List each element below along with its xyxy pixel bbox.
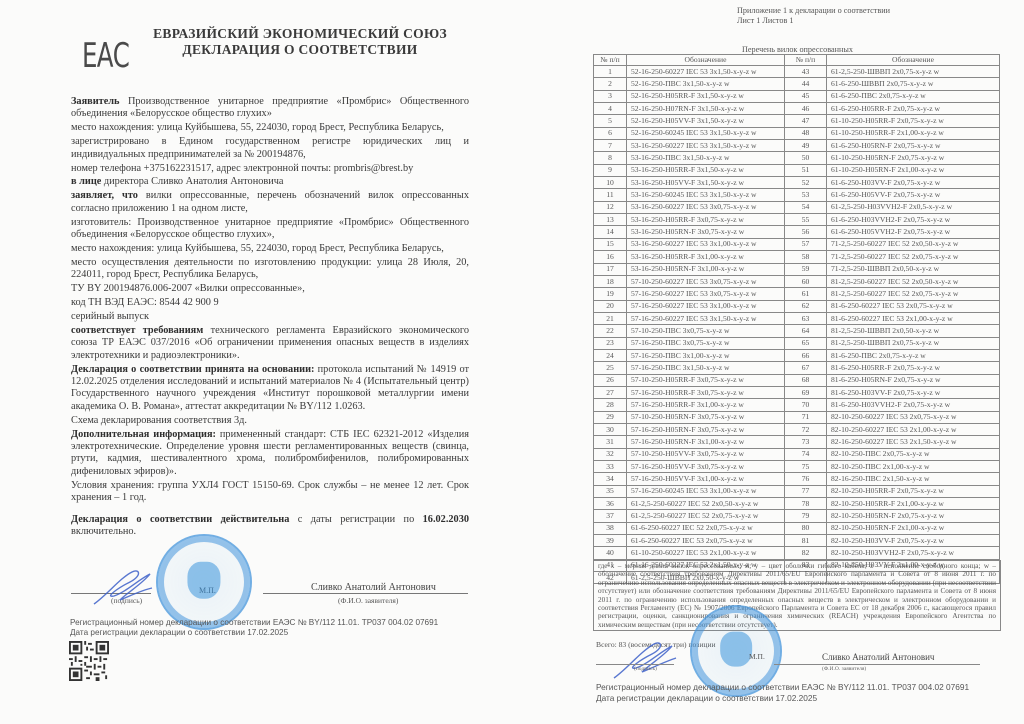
production-location: место осуществления деятельности по изго… [71, 257, 469, 282]
row-number: 64 [785, 325, 827, 337]
table-row: 3057-16-250-H05RN-F 3x0,75-x-y-z w7282-1… [594, 423, 1000, 435]
row-number: 27 [594, 386, 627, 398]
row-designation: 82-10-250-ПВС 2x0,75-x-y-z w [827, 448, 1000, 460]
row-number: 11 [594, 189, 627, 201]
row-designation: 52-16-250-H05RR-F 3x1,50-x-y-z w [627, 90, 785, 102]
signer-name: Сливко Анатолий Антонович [311, 582, 436, 593]
row-number: 32 [594, 448, 627, 460]
row-designation: 81-6-250-H05RN-F 2x0,75-x-y-z w [827, 374, 1000, 386]
row-designation: 53-16-250-60227 IEC 53 3x0,75-x-y-z w [627, 201, 785, 213]
storage-conditions: Условия хранения: группа УХЛ4 ГОСТ 15150… [71, 480, 469, 505]
row-number: 13 [594, 214, 627, 226]
header-number-2: № п/п [785, 55, 827, 66]
registration-number: Регистрационный номер декларации о соотв… [70, 618, 490, 628]
row-designation: 82-10-250-H03VV-F 2x0,75-x-y-z w [827, 535, 1000, 547]
row-number: 44 [785, 78, 827, 90]
table-row: 1253-16-250-60227 IEC 53 3x0,75-x-y-z w5… [594, 201, 1000, 213]
signer-caption: (Ф.И.О. заявителя) [338, 596, 398, 605]
row-number: 17 [594, 263, 627, 275]
row-designation: 57-16-250-H05RN-F 3x1,00-x-y-z w [627, 436, 785, 448]
row-number: 3 [594, 90, 627, 102]
table-row: 1353-16-250-H05RR-F 3x0,75-x-y-z w5561-6… [594, 214, 1000, 226]
table-row: 3257-10-250-H05VV-F 3x0,75-x-y-z w7482-1… [594, 448, 1000, 460]
row-designation: 52-16-250-H05VV-F 3x1,50-x-y-z w [627, 115, 785, 127]
row-designation: 57-16-250-60245 IEC 53 3x1,00-x-y-z w [627, 485, 785, 497]
table-caption: Перечень вилок опрессованных [595, 45, 1000, 54]
row-number: 43 [785, 66, 827, 78]
row-number: 7 [594, 140, 627, 152]
row-designation: 61-2,5-250-ШВВП 2x0,75-x-y-z w [827, 66, 1000, 78]
row-number: 56 [785, 226, 827, 238]
table-row: 2057-16-250-60227 IEC 53 3x1,00-x-y-z w6… [594, 300, 1000, 312]
registration-info: зарегистрировано в Едином государственно… [71, 136, 469, 161]
row-number: 23 [594, 337, 627, 349]
row-number: 71 [785, 411, 827, 423]
row-number: 28 [594, 399, 627, 411]
row-number: 38 [594, 522, 627, 534]
declaration-scheme: Схема декларирования соответствия 3д. [71, 415, 469, 427]
row-number: 61 [785, 288, 827, 300]
handwritten-signature [90, 568, 160, 608]
declaration-page: ЕАС ЕВРАЗИЙСКИЙ ЭКОНОМИЧЕСКИЙ СОЮЗ ДЕКЛА… [0, 0, 512, 724]
row-number: 53 [785, 189, 827, 201]
row-number: 15 [594, 238, 627, 250]
row-designation: 57-16-250-H05VV-F 3x0,75-x-y-z w [627, 461, 785, 473]
table-row: 3961-6-250-60227 IEC 53 2x0,75-x-y-z w81… [594, 535, 1000, 547]
row-number: 74 [785, 448, 827, 460]
table-row: 3661-2,5-250-60227 IEC 52 2x0,50-x-y-z w… [594, 498, 1000, 510]
row-number: 1 [594, 66, 627, 78]
row-designation: 82-16-250-60227 IEC 53 2x1,50-x-y-z w [827, 436, 1000, 448]
table-row: 3861-6-250-60227 IEC 52 2x0,75-x-y-z w80… [594, 522, 1000, 534]
row-designation: 61-6-250-H03VVH2-F 2x0,75-x-y-z w [827, 214, 1000, 226]
row-designation: 82-10-250-H05RN-F 2x1,00-x-y-z w [827, 522, 1000, 534]
row-number: 59 [785, 263, 827, 275]
hs-code: код ТН ВЭД ЕАЭС: 8544 42 900 9 [71, 297, 469, 309]
row-designation: 61-10-250-H05RR-F 2x0,75-x-y-z w [827, 115, 1000, 127]
table-row: 1553-16-250-60227 IEC 53 3x1,00-x-y-z w5… [594, 238, 1000, 250]
table-row: 1857-10-250-60227 IEC 53 3x0,75-x-y-z w6… [594, 275, 1000, 287]
name-line [774, 664, 980, 665]
signer-name: Сливко Анатолий Антонович [822, 652, 934, 662]
row-designation: 61-10-250-60227 IEC 53 2x1,00-x-y-z w [627, 547, 785, 559]
table-row: 753-16-250-60227 IEC 53 3x1,50-x-y-z w49… [594, 140, 1000, 152]
row-designation: 57-10-250-60227 IEC 53 3x0,75-x-y-z w [627, 275, 785, 287]
registration-block: Регистрационный номер декларации о соотв… [596, 682, 1016, 703]
table-row: 1053-16-250-H05VV-F 3x1,50-x-y-z w5261-6… [594, 177, 1000, 189]
row-designation: 53-16-250-60227 IEC 53 3x1,00-x-y-z w [627, 238, 785, 250]
declaration-basis: Декларация о соответствии принята на осн… [71, 364, 469, 414]
row-number: 45 [785, 90, 827, 102]
signature-line [596, 664, 674, 665]
row-designation: 61-2,5-250-60227 IEC 52 2x0,75-x-y-z w [627, 510, 785, 522]
row-designation: 82-10-250-H03VVH2-F 2x0,75-x-y-z w [827, 547, 1000, 559]
row-designation: 71-2,5-250-60227 IEC 52 2x0,50-x-y-z w [827, 238, 1000, 250]
conformity-statement: соответствует требованиям технического р… [71, 325, 469, 362]
row-designation: 81-6-250-H03VVH2-F 2x0,75-x-y-z w [827, 399, 1000, 411]
row-designation: 82-10-250-H05RR-F 2x0,75-x-y-z w [827, 485, 1000, 497]
row-designation: 82-10-250-H05RR-F 2x1,00-x-y-z w [827, 498, 1000, 510]
table-row: 2657-10-250-H05RR-F 3x0,75-x-y-z w6881-6… [594, 374, 1000, 386]
row-designation: 61-6-250-H05RN-F 2x0,75-x-y-z w [827, 140, 1000, 152]
row-number: 40 [594, 547, 627, 559]
row-designation: 81-2,5-250-60227 IEC 52 2x0,75-x-y-z w [827, 288, 1000, 300]
row-designation: 57-16-250-ПВС 3x0,75-x-y-z w [627, 337, 785, 349]
table-row: 2757-16-250-H05RR-F 3x0,75-x-y-z w6981-6… [594, 386, 1000, 398]
row-designation: 82-10-250-H05RN-F 2x0,75-x-y-z w [827, 510, 1000, 522]
table-row: 1153-16-250-60245 IEC 53 3x1,50-x-y-z w5… [594, 189, 1000, 201]
table-row: 853-16-250-ПВС 3x1,50-x-y-z w5061-10-250… [594, 152, 1000, 164]
validity: Декларация о соответствии действительна … [71, 514, 469, 539]
row-number: 9 [594, 164, 627, 176]
row-designation: 57-16-250-60227 IEC 53 3x0,75-x-y-z w [627, 288, 785, 300]
table-footnote: где x – мерная длина вилок опрессованных… [593, 560, 1001, 631]
title-declaration: ДЕКЛАРАЦИЯ О СООТВЕТСТВИИ [120, 42, 480, 58]
row-designation: 53-16-250-60227 IEC 53 3x1,50-x-y-z w [627, 140, 785, 152]
row-designation: 61-10-250-H05RR-F 2x1,00-x-y-z w [827, 127, 1000, 139]
hand-emblem-icon [187, 562, 220, 599]
row-number: 68 [785, 374, 827, 386]
registration-block: Регистрационный номер декларации о соотв… [70, 618, 490, 638]
row-designation: 53-16-250-H05RN-F 3x1,00-x-y-z w [627, 263, 785, 275]
table-row: 3557-16-250-60245 IEC 53 3x1,00-x-y-z w7… [594, 485, 1000, 497]
row-number: 70 [785, 399, 827, 411]
table-row: 2357-16-250-ПВС 3x0,75-x-y-z w6581-2,5-2… [594, 337, 1000, 349]
additional-info: Дополнительная информация: примененный с… [71, 429, 469, 479]
table-row: 2957-10-250-H05RN-F 3x0,75-x-y-z w7182-1… [594, 411, 1000, 423]
row-number: 37 [594, 510, 627, 522]
row-number: 66 [785, 349, 827, 361]
row-designation: 81-2,5-250-ШВВП 2x0,50-x-y-z w [827, 325, 1000, 337]
row-designation: 53-16-250-H05RR-F 3x1,50-x-y-z w [627, 164, 785, 176]
manufacturer-location: место нахождения: улица Куйбышева, 55, 2… [71, 243, 469, 255]
row-number: 5 [594, 115, 627, 127]
declaration-body: Заявитель Производственное унитарное пре… [71, 96, 469, 540]
row-designation: 61-6-250-ПВС 2x0,75-x-y-z w [827, 90, 1000, 102]
table-row: 652-16-250-60245 IEC 53 3x1,50-x-y-z w48… [594, 127, 1000, 139]
row-designation: 82-16-250-ПВС 2x1,50-x-y-z w [827, 473, 1000, 485]
row-number: 48 [785, 127, 827, 139]
row-designation: 81-6-250-60227 IEC 53 2x1,00-x-y-z w [827, 312, 1000, 324]
table-row: 1653-16-250-H05RR-F 3x1,00-x-y-z w5871-2… [594, 251, 1000, 263]
row-number: 58 [785, 251, 827, 263]
row-designation: 81-6-250-ПВС 2x0,75-x-y-z w [827, 349, 1000, 361]
table-row: 2557-16-250-ПВС 3x1,50-x-y-z w6781-6-250… [594, 362, 1000, 374]
table-row: 1957-16-250-60227 IEC 53 3x0,75-x-y-z w6… [594, 288, 1000, 300]
row-designation: 57-10-250-H05RR-F 3x0,75-x-y-z w [627, 374, 785, 386]
row-designation: 52-16-250-H07RN-F 3x1,50-x-y-z w [627, 103, 785, 115]
row-number: 30 [594, 423, 627, 435]
header-designation-2: Обозначение [827, 55, 1000, 66]
row-number: 31 [594, 436, 627, 448]
row-number: 20 [594, 300, 627, 312]
row-designation: 57-10-250-ПВС 3x0,75-x-y-z w [627, 325, 785, 337]
table-row: 4061-10-250-60227 IEC 53 2x1,00-x-y-z w8… [594, 547, 1000, 559]
row-designation: 61-6-250-H05VV-F 2x0,75-x-y-z w [827, 189, 1000, 201]
row-number: 35 [594, 485, 627, 497]
row-designation: 57-16-250-ПВС 3x1,00-x-y-z w [627, 349, 785, 361]
row-designation: 57-16-250-60227 IEC 53 3x1,00-x-y-z w [627, 300, 785, 312]
row-number: 21 [594, 312, 627, 324]
row-designation: 61-2,5-250-60227 IEC 52 2x0,50-x-y-z w [627, 498, 785, 510]
row-number: 6 [594, 127, 627, 139]
row-number: 19 [594, 288, 627, 300]
row-designation: 52-16-250-60245 IEC 53 3x1,50-x-y-z w [627, 127, 785, 139]
document-title: ЕВРАЗИЙСКИЙ ЭКОНОМИЧЕСКИЙ СОЮЗ ДЕКЛАРАЦИ… [120, 26, 480, 58]
row-designation: 61-6-250-ШВВП 2x0,75-x-y-z w [827, 78, 1000, 90]
row-designation: 81-2,5-250-ШВВП 2x0,75-x-y-z w [827, 337, 1000, 349]
row-designation: 57-16-250-H05RR-F 3x1,00-x-y-z w [627, 399, 785, 411]
row-number: 18 [594, 275, 627, 287]
table-row: 953-16-250-H05RR-F 3x1,50-x-y-z w5161-10… [594, 164, 1000, 176]
table-row: 2457-16-250-ПВС 3x1,00-x-y-z w6681-6-250… [594, 349, 1000, 361]
row-designation: 57-16-250-H05RR-F 3x0,75-x-y-z w [627, 386, 785, 398]
row-number: 14 [594, 226, 627, 238]
row-number: 4 [594, 103, 627, 115]
row-number: 57 [785, 238, 827, 250]
row-designation: 61-6-250-60227 IEC 53 2x0,75-x-y-z w [627, 535, 785, 547]
row-designation: 57-16-250-H05RN-F 3x0,75-x-y-z w [627, 423, 785, 435]
table-row: 3457-16-250-H05VV-F 3x1,00-x-y-z w7682-1… [594, 473, 1000, 485]
row-number: 22 [594, 325, 627, 337]
row-number: 49 [785, 140, 827, 152]
row-designation: 82-10-250-60227 IEC 53 2x0,75-x-y-z w [827, 411, 1000, 423]
row-designation: 61-6-250-H05RR-F 2x0,75-x-y-z w [827, 103, 1000, 115]
row-number: 52 [785, 177, 827, 189]
row-number: 47 [785, 115, 827, 127]
signer-caption: (Ф.И.О. заявителя) [822, 666, 866, 672]
row-number: 65 [785, 337, 827, 349]
row-number: 36 [594, 498, 627, 510]
representative: в лице директора Сливко Анатолия Антонов… [71, 176, 469, 188]
row-number: 50 [785, 152, 827, 164]
row-number: 26 [594, 374, 627, 386]
row-designation: 81-2,5-250-60227 IEC 52 2x0,50-x-y-z w [827, 275, 1000, 287]
row-designation: 57-16-250-ПВС 3x1,50-x-y-z w [627, 362, 785, 374]
row-designation: 61-6-250-60227 IEC 52 2x0,75-x-y-z w [627, 522, 785, 534]
stamp-placeholder: М.П. [749, 652, 765, 661]
table-row: 3357-16-250-H05VV-F 3x0,75-x-y-z w7582-1… [594, 461, 1000, 473]
batch-type: серийный выпуск [71, 311, 469, 323]
row-designation: 53-16-250-H05VV-F 3x1,50-x-y-z w [627, 177, 785, 189]
row-designation: 82-10-250-ПВС 2x1,00-x-y-z w [827, 461, 1000, 473]
table-row: 352-16-250-H05RR-F 3x1,50-x-y-z w4561-6-… [594, 90, 1000, 102]
sheet-info: Лист 1 Листов 1 [737, 16, 1017, 26]
registration-date: Дата регистрации декларации о соответств… [596, 693, 1016, 704]
table-row: 552-16-250-H05VV-F 3x1,50-x-y-z w4761-10… [594, 115, 1000, 127]
row-number: 78 [785, 498, 827, 510]
round-stamp [156, 534, 252, 630]
row-number: 51 [785, 164, 827, 176]
row-number: 69 [785, 386, 827, 398]
table-row: 2257-10-250-ПВС 3x0,75-x-y-z w6481-2,5-2… [594, 325, 1000, 337]
registration-date: Дата регистрации декларации о соответств… [70, 628, 490, 638]
row-designation: 52-16-250-ПВС 3x1,50-x-y-z w [627, 78, 785, 90]
row-number: 77 [785, 485, 827, 497]
row-designation: 71-2,5-250-ШВВП 2x0,50-x-y-z w [827, 263, 1000, 275]
row-designation: 53-16-250-H05RR-F 3x1,00-x-y-z w [627, 251, 785, 263]
signature-caption: (подпись) [634, 666, 657, 672]
table-row: 1753-16-250-H05RN-F 3x1,00-x-y-z w5971-2… [594, 263, 1000, 275]
row-number: 39 [594, 535, 627, 547]
table-row: 2157-16-250-60227 IEC 53 3x1,50-x-y-z w6… [594, 312, 1000, 324]
row-designation: 61-10-250-H05RN-F 2x1,00-x-y-z w [827, 164, 1000, 176]
signature-block: (подпись) М.П. Сливко Анатолий Антонович… [596, 650, 996, 680]
manufacturer: изготовитель: Производственное унитарное… [71, 217, 469, 242]
table-row: 252-16-250-ПВС 3x1,50-x-y-z w4461-6-250-… [594, 78, 1000, 90]
technical-conditions: ТУ BY 200194876.006-2007 «Вилки опрессов… [71, 283, 469, 295]
row-designation: 61-6-250-H03VV-F 2x0,75-x-y-z w [827, 177, 1000, 189]
row-designation: 57-16-250-H05VV-F 3x1,00-x-y-z w [627, 473, 785, 485]
row-designation: 61-10-250-H05RN-F 2x0,75-x-y-z w [827, 152, 1000, 164]
table-row: 452-16-250-H07RN-F 3x1,50-x-y-z w4661-6-… [594, 103, 1000, 115]
row-designation: 81-6-250-60227 IEC 53 2x0,75-x-y-z w [827, 300, 1000, 312]
row-number: 2 [594, 78, 627, 90]
header-designation-1: Обозначение [627, 55, 785, 66]
row-designation: 82-10-250-60227 IEC 53 2x1,00-x-y-z w [827, 423, 1000, 435]
applicant-location: место нахождения: улица Куйбышева, 55, 2… [71, 122, 469, 134]
row-number: 67 [785, 362, 827, 374]
row-designation: 57-10-250-H05VV-F 3x0,75-x-y-z w [627, 448, 785, 460]
table-row: 3157-16-250-H05RN-F 3x1,00-x-y-z w7382-1… [594, 436, 1000, 448]
row-designation: 61-6-250-H05VVH2-F 2x0,75-x-y-z w [827, 226, 1000, 238]
table-row: 152-16-250-60227 IEC 53 3x1,50-x-y-z w43… [594, 66, 1000, 78]
row-number: 80 [785, 522, 827, 534]
row-designation: 53-16-250-ПВС 3x1,50-x-y-z w [627, 152, 785, 164]
row-number: 34 [594, 473, 627, 485]
qr-code[interactable] [69, 641, 109, 681]
row-designation: 61-2,5-250-H03VVH2-F 2x0,5-x-y-z w [827, 201, 1000, 213]
contacts: номер телефона +375162231517, адрес элек… [71, 163, 469, 175]
row-number: 81 [785, 535, 827, 547]
row-number: 16 [594, 251, 627, 263]
row-number: 55 [785, 214, 827, 226]
header-number-1: № п/п [594, 55, 627, 66]
row-designation: 81-6-250-H05RR-F 2x0,75-x-y-z w [827, 362, 1000, 374]
registration-number: Регистрационный номер декларации о соотв… [596, 682, 1016, 693]
row-designation: 52-16-250-60227 IEC 53 3x1,50-x-y-z w [627, 66, 785, 78]
row-number: 8 [594, 152, 627, 164]
declaration-statement: заявляет, что вилки опрессованные, переч… [71, 190, 469, 215]
row-designation: 71-2,5-250-60227 IEC 52 2x0,75-x-y-z w [827, 251, 1000, 263]
table-row: 2857-16-250-H05RR-F 3x1,00-x-y-z w7081-6… [594, 399, 1000, 411]
row-number: 60 [785, 275, 827, 287]
table-row: 3761-2,5-250-60227 IEC 52 2x0,75-x-y-z w… [594, 510, 1000, 522]
row-number: 79 [785, 510, 827, 522]
row-number: 12 [594, 201, 627, 213]
row-number: 10 [594, 177, 627, 189]
row-number: 82 [785, 547, 827, 559]
row-number: 62 [785, 300, 827, 312]
row-number: 29 [594, 411, 627, 423]
row-number: 75 [785, 461, 827, 473]
row-number: 72 [785, 423, 827, 435]
plugs-table: № п/п Обозначение № п/п Обозначение 152-… [593, 54, 1000, 584]
row-designation: 53-16-250-H05RN-F 3x0,75-x-y-z w [627, 226, 785, 238]
row-number: 73 [785, 436, 827, 448]
row-number: 25 [594, 362, 627, 374]
row-number: 24 [594, 349, 627, 361]
row-designation: 81-6-250-H03VV-F 2x0,75-x-y-z w [827, 386, 1000, 398]
row-designation: 57-16-250-60227 IEC 53 3x1,50-x-y-z w [627, 312, 785, 324]
row-number: 33 [594, 461, 627, 473]
title-union: ЕВРАЗИЙСКИЙ ЭКОНОМИЧЕСКИЙ СОЮЗ [120, 26, 480, 42]
applicant: Заявитель Производственное унитарное пре… [71, 96, 469, 121]
row-number: 46 [785, 103, 827, 115]
row-designation: 53-16-250-H05RR-F 3x0,75-x-y-z w [627, 214, 785, 226]
name-line [263, 593, 468, 594]
appendix-title: Приложение 1 к декларации о соответствии [737, 6, 1017, 16]
row-number: 76 [785, 473, 827, 485]
row-designation: 57-10-250-H05RN-F 3x0,75-x-y-z w [627, 411, 785, 423]
row-number: 54 [785, 201, 827, 213]
table-row: 1453-16-250-H05RN-F 3x0,75-x-y-z w5661-6… [594, 226, 1000, 238]
row-number: 63 [785, 312, 827, 324]
table-header-row: № п/п Обозначение № п/п Обозначение [594, 55, 1000, 66]
row-designation: 53-16-250-60245 IEC 53 3x1,50-x-y-z w [627, 189, 785, 201]
appendix-header: Приложение 1 к декларации о соответствии… [737, 6, 1017, 25]
